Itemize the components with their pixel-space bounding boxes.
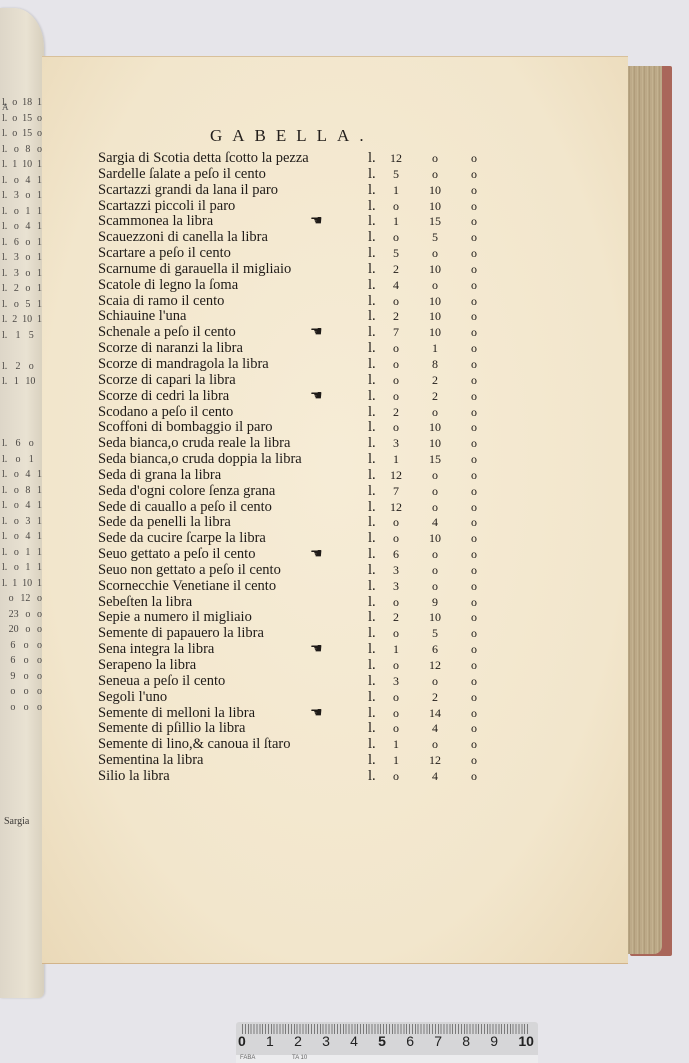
left-page-cell: o [29, 360, 34, 376]
value-denari: o [468, 468, 480, 484]
left-page-cell: o [25, 608, 30, 624]
left-page-row: l.2o1 [2, 282, 42, 298]
left-page-cell: o [14, 484, 19, 500]
tariff-entry: Serapeno la libral.o12o [98, 658, 498, 674]
manicule-icon: ☚ [310, 547, 323, 563]
tariff-entry: Scaia di ramo il centol.o10o [98, 294, 498, 310]
left-page-cell: o [10, 685, 15, 701]
value-lire: 6 [386, 547, 406, 563]
lira-sign: l. [368, 658, 376, 674]
entry-name: Schiauine l'una [98, 309, 186, 325]
left-page-cell: l. [2, 96, 7, 112]
tariff-entry: Seda d'ogni colore ſenza granal.7oo [98, 484, 498, 500]
tariff-entry: Semente di pſillio la libral.o4o [98, 721, 498, 737]
tariff-entry: Scartazzi grandi da lana il parol.110o [98, 183, 498, 199]
value-soldi: o [424, 405, 446, 421]
lira-sign: l. [368, 151, 376, 167]
lira-sign: l. [368, 563, 376, 579]
tariff-entry: Scorze di naranzi la libral.o1o [98, 341, 498, 357]
left-page-row: l.o31 [2, 515, 42, 531]
left-page-cell: o [12, 96, 17, 112]
entry-name: Scorze di mandragola la libra [98, 357, 269, 373]
left-page-cell: l. [2, 530, 7, 546]
left-page-cell: o [14, 499, 19, 515]
right-page: GABELLA. Sargia di Scotia detta ſcotto l… [42, 56, 628, 964]
lira-sign: l. [368, 373, 376, 389]
lira-sign: l. [368, 721, 376, 737]
left-page-cell: l. [2, 282, 7, 298]
left-page-cell: l. [2, 499, 7, 515]
lira-sign: l. [368, 484, 376, 500]
tariff-entry: Sede da penelli la libral.o4o [98, 515, 498, 531]
left-page-cell: l. [2, 267, 7, 283]
tariff-entry: Scatole di legno la ſomal.4oo [98, 278, 498, 294]
manicule-icon: ☚ [310, 706, 323, 722]
value-soldi: o [424, 278, 446, 294]
value-soldi: 9 [424, 595, 446, 611]
entry-name: Sede da cucire ſcarpe la libra [98, 531, 266, 547]
left-page-cell: o [14, 298, 19, 314]
ruler-number: 1 [266, 1033, 274, 1049]
left-page-cell: l. [2, 251, 7, 267]
tariff-entry: Scartazzi piccoli il parol.o10o [98, 199, 498, 215]
entry-name: Scorze di cedri la libra [98, 389, 229, 405]
tariff-entry: Scodano a peſo il centol.2oo [98, 405, 498, 421]
value-lire: 4 [386, 278, 406, 294]
left-page-cell: o [29, 437, 34, 453]
value-denari: o [468, 769, 480, 785]
left-page-cell: l. [2, 329, 7, 345]
left-page-cell: l. [2, 484, 7, 500]
left-page-cell: o [24, 639, 29, 655]
value-soldi: 6 [424, 642, 446, 658]
value-denari: o [468, 262, 480, 278]
left-page-cell: o [24, 670, 29, 686]
lira-sign: l. [368, 769, 376, 785]
left-page-cell: l. [2, 236, 7, 252]
value-lire: 1 [386, 642, 406, 658]
left-page-cell: l. [2, 189, 7, 205]
left-page-cell: 1 [29, 453, 34, 469]
value-soldi: o [424, 246, 446, 262]
entry-name: Sargia di Scotia detta ſcotto la pezza [98, 151, 309, 167]
left-page-cell: 4 [25, 499, 30, 515]
left-page-row: l.o1 [2, 453, 42, 469]
value-soldi: 8 [424, 357, 446, 373]
left-page-row: l.o51 [2, 298, 42, 314]
entry-name: Sardelle ſalate a peſo il cento [98, 167, 266, 183]
tariff-entry: Sardelle ſalate a peſo il centol.5oo [98, 167, 498, 183]
left-page-cell: o [14, 468, 19, 484]
left-page-row [2, 406, 42, 422]
value-soldi: 4 [424, 721, 446, 737]
value-lire: o [386, 706, 406, 722]
value-denari: o [468, 199, 480, 215]
left-page-cell: o [25, 623, 30, 639]
value-lire: o [386, 531, 406, 547]
tariff-entry: Sede da cucire ſcarpe la libral.o10o [98, 531, 498, 547]
left-page-cell: 2 [14, 282, 19, 298]
left-page-cell: l. [2, 375, 7, 391]
lira-sign: l. [368, 515, 376, 531]
value-denari: o [468, 531, 480, 547]
value-lire: o [386, 769, 406, 785]
left-page-cell: 5 [25, 298, 30, 314]
tariff-entry: Sena integra la libra☚l.16o [98, 642, 498, 658]
lira-sign: l. [368, 214, 376, 230]
left-page-row: l.3o1 [2, 267, 42, 283]
ruler-code: TA 10 [292, 1055, 307, 1061]
left-page-cell: 6 [14, 236, 19, 252]
left-page-cell: o [10, 701, 15, 717]
page-heading: GABELLA. [210, 126, 374, 146]
entry-name: Sebeſten la libra [98, 595, 192, 611]
value-denari: o [468, 484, 480, 500]
value-denari: o [468, 674, 480, 690]
value-soldi: 2 [424, 373, 446, 389]
value-denari: o [468, 420, 480, 436]
value-soldi: o [424, 151, 446, 167]
entry-name: Scartazzi piccoli il paro [98, 199, 235, 215]
value-soldi: o [424, 674, 446, 690]
left-page-cell: o [14, 546, 19, 562]
value-denari: o [468, 325, 480, 341]
left-page-row: 20oo [2, 623, 42, 639]
lira-sign: l. [368, 436, 376, 452]
value-lire: o [386, 230, 406, 246]
left-page-cell: o [9, 592, 14, 608]
left-page-cell: o [14, 530, 19, 546]
left-page-row: l.1101 [2, 158, 42, 174]
lira-sign: l. [368, 452, 376, 468]
tariff-entry: Scorze di mandragola la libral.o8o [98, 357, 498, 373]
lira-sign: l. [368, 674, 376, 690]
ruler-number: 2 [294, 1033, 302, 1049]
value-soldi: o [424, 468, 446, 484]
value-denari: o [468, 452, 480, 468]
left-page-row: l.o181 [2, 96, 42, 112]
value-soldi: 5 [424, 626, 446, 642]
entry-name: Sede di cauallo a peſo il cento [98, 500, 272, 516]
value-lire: 1 [386, 183, 406, 199]
value-denari: o [468, 579, 480, 595]
lira-sign: l. [368, 199, 376, 215]
value-lire: 1 [386, 737, 406, 753]
left-page-cell: 1 [25, 561, 30, 577]
value-denari: o [468, 230, 480, 246]
value-denari: o [468, 436, 480, 452]
left-page-cell: l. [2, 453, 7, 469]
left-page-cell: l. [2, 112, 7, 128]
value-denari: o [468, 214, 480, 230]
lira-sign: l. [368, 626, 376, 642]
value-soldi: 10 [424, 531, 446, 547]
left-page-cell: o [25, 251, 30, 267]
ruler-number: 5 [378, 1033, 386, 1049]
lira-sign: l. [368, 531, 376, 547]
left-page-cell: o [16, 453, 21, 469]
left-page-row: 9oo [2, 670, 42, 686]
value-lire: 1 [386, 214, 406, 230]
ruler-number: 0 [238, 1033, 246, 1049]
lira-sign: l. [368, 262, 376, 278]
tariff-entry: Schiauine l'unal.210o [98, 309, 498, 325]
value-lire: 5 [386, 167, 406, 183]
left-page-row: l.o41 [2, 468, 42, 484]
entry-name: Semente di melloni la libra [98, 706, 255, 722]
left-page-cell: 10 [22, 158, 32, 174]
value-soldi: 15 [424, 452, 446, 468]
value-soldi: o [424, 484, 446, 500]
value-lire: 3 [386, 563, 406, 579]
tariff-entry: Scorze di cedri la libra☚l.o2o [98, 389, 498, 405]
entry-name: Semente di lino,& canoua il ſtaro [98, 737, 290, 753]
tariff-entry: Seuo non gettato a peſo il centol.3oo [98, 563, 498, 579]
left-page-row: l.o41 [2, 499, 42, 515]
entry-name: Seda bianca,o cruda doppia la libra [98, 452, 302, 468]
left-page-columns: l.o181l.o15ol.o15ol.o8ol.1101l.o41l.3o1l… [2, 96, 42, 716]
value-lire: 5 [386, 246, 406, 262]
tariff-entry: Seda bianca,o cruda reale la libral.310o [98, 436, 498, 452]
left-page-cell: o [24, 685, 29, 701]
left-page-cell: o [14, 220, 19, 236]
entry-name: Seda di grana la libra [98, 468, 221, 484]
value-denari: o [468, 278, 480, 294]
left-page-row: ooo [2, 701, 42, 717]
left-page-cell: 1 [16, 329, 21, 345]
entry-name: Segoli l'uno [98, 690, 167, 706]
entry-name: Semente di pſillio la libra [98, 721, 245, 737]
tariff-entry: Scammonea la libra☚l.115o [98, 214, 498, 230]
lira-sign: l. [368, 706, 376, 722]
value-soldi: 10 [424, 325, 446, 341]
value-denari: o [468, 309, 480, 325]
ruler-brand: FABA [240, 1055, 255, 1061]
left-page-cell: l. [2, 515, 7, 531]
left-page-cell: o [12, 127, 17, 143]
left-page-row [2, 422, 42, 438]
value-lire: 1 [386, 753, 406, 769]
value-soldi: 12 [424, 753, 446, 769]
lira-sign: l. [368, 753, 376, 769]
lira-sign: l. [368, 183, 376, 199]
lira-sign: l. [368, 595, 376, 611]
lira-sign: l. [368, 389, 376, 405]
entry-name: Scodano a peſo il cento [98, 405, 233, 421]
entry-name: Schenale a peſo il cento [98, 325, 236, 341]
left-page-cell: o [14, 174, 19, 190]
tariff-entry: Segoli l'unol.o2o [98, 690, 498, 706]
left-page-cell: 4 [25, 530, 30, 546]
left-page-cell: 10 [22, 313, 32, 329]
value-soldi: o [424, 579, 446, 595]
entry-name: Seuo non gettato a peſo il cento [98, 563, 281, 579]
left-page-cell: 2 [16, 360, 21, 376]
value-soldi: 10 [424, 420, 446, 436]
value-denari: o [468, 721, 480, 737]
value-lire: 12 [386, 500, 406, 516]
value-soldi: 5 [424, 230, 446, 246]
tariff-entry: Sargia di Scotia detta ſcotto la pezzal.… [98, 151, 498, 167]
value-denari: o [468, 389, 480, 405]
left-page-cell: 1 [25, 546, 30, 562]
left-page-cell: 6 [10, 639, 15, 655]
tariff-entry: Scoffoni di bombaggio il parol.o10o [98, 420, 498, 436]
left-page-row: l.o11 [2, 546, 42, 562]
left-page-row [2, 391, 42, 407]
value-soldi: 12 [424, 658, 446, 674]
value-denari: o [468, 294, 480, 310]
lira-sign: l. [368, 690, 376, 706]
value-soldi: 15 [424, 214, 446, 230]
left-page-cell: o [25, 282, 30, 298]
value-denari: o [468, 515, 480, 531]
left-page-row: l.o11 [2, 561, 42, 577]
left-page-row: l.o81 [2, 484, 42, 500]
lira-sign: l. [368, 500, 376, 516]
value-soldi: 4 [424, 769, 446, 785]
left-page-cell: 23 [9, 608, 19, 624]
value-lire: 3 [386, 674, 406, 690]
left-page-row: l.15 [2, 329, 42, 345]
value-soldi: 10 [424, 262, 446, 278]
value-lire: o [386, 690, 406, 706]
value-denari: o [468, 753, 480, 769]
entry-name: Semente di papauero la libra [98, 626, 264, 642]
left-page-row: l.o41 [2, 174, 42, 190]
value-lire: 2 [386, 610, 406, 626]
left-page-cell: o [25, 236, 30, 252]
left-page-row: l.o15o [2, 127, 42, 143]
manicule-icon: ☚ [310, 325, 323, 341]
tariff-entry: Seda bianca,o cruda doppia la libral.115… [98, 452, 498, 468]
value-soldi: 10 [424, 309, 446, 325]
entry-name: Sena integra la libra [98, 642, 214, 658]
left-page-cell: 8 [25, 484, 30, 500]
left-page-cell: 1 [25, 205, 30, 221]
ruler-number: 4 [350, 1033, 358, 1049]
entry-name: Scoffoni di bombaggio il paro [98, 420, 273, 436]
lira-sign: l. [368, 341, 376, 357]
left-page-cell: 10 [22, 577, 32, 593]
value-lire: o [386, 357, 406, 373]
left-page-cell: l. [2, 546, 7, 562]
value-soldi: 2 [424, 690, 446, 706]
tariff-entry: Scorze di capari la libral.o2o [98, 373, 498, 389]
value-lire: o [386, 658, 406, 674]
tariff-entry: Semente di melloni la libra☚l.o14o [98, 706, 498, 722]
entry-name: Sede da penelli la libra [98, 515, 231, 531]
left-page-cell: 10 [25, 375, 35, 391]
value-soldi: 2 [424, 389, 446, 405]
lira-sign: l. [368, 468, 376, 484]
tariff-entry: Semente di lino,& canoua il ſtarol.1oo [98, 737, 498, 753]
lira-sign: l. [368, 737, 376, 753]
value-lire: 7 [386, 325, 406, 341]
left-page-cell: l. [2, 298, 7, 314]
value-denari: o [468, 642, 480, 658]
tariff-entry: Seuo gettato a peſo il cento☚l.6oo [98, 547, 498, 563]
value-denari: o [468, 357, 480, 373]
value-soldi: 10 [424, 294, 446, 310]
lira-sign: l. [368, 547, 376, 563]
tariff-entry: Scornecchie Venetiane il centol.3oo [98, 579, 498, 595]
left-page-row: l.3o1 [2, 189, 42, 205]
facing-left-page: A l.o181l.o15ol.o15ol.o8ol.1101l.o41l.3o… [0, 8, 44, 998]
left-page-row: l.o11 [2, 205, 42, 221]
left-page-cell: 4 [25, 220, 30, 236]
left-page-row: l.1101 [2, 577, 42, 593]
entry-name: Scatole di legno la ſoma [98, 278, 238, 294]
lira-sign: l. [368, 357, 376, 373]
value-soldi: 14 [424, 706, 446, 722]
left-page-catchword: Sargia [4, 816, 29, 827]
tariff-entry: Seneua a peſo il centol.3oo [98, 674, 498, 690]
value-denari: o [468, 595, 480, 611]
value-lire: o [386, 341, 406, 357]
lira-sign: l. [368, 420, 376, 436]
value-denari: o [468, 737, 480, 753]
left-page-row: l.3o1 [2, 251, 42, 267]
left-page-cell: 4 [25, 468, 30, 484]
value-lire: o [386, 595, 406, 611]
value-soldi: 10 [424, 199, 446, 215]
left-page-row: l.o41 [2, 530, 42, 546]
value-soldi: o [424, 500, 446, 516]
left-page-row: 6oo [2, 639, 42, 655]
value-lire: o [386, 373, 406, 389]
tariff-list: Sargia di Scotia detta ſcotto la pezzal.… [98, 151, 498, 785]
value-soldi: 4 [424, 515, 446, 531]
left-page-cell: o [14, 515, 19, 531]
left-page-cell: 1 [14, 375, 19, 391]
value-denari: o [468, 246, 480, 262]
value-lire: 3 [386, 436, 406, 452]
value-denari: o [468, 706, 480, 722]
left-page-cell: 3 [14, 267, 19, 283]
left-page-row: o12o [2, 592, 42, 608]
lira-sign: l. [368, 642, 376, 658]
value-soldi: o [424, 547, 446, 563]
tariff-entry: Sepie a numero il migliaiol.210o [98, 610, 498, 626]
left-page-cell: l. [2, 577, 7, 593]
value-denari: o [468, 405, 480, 421]
value-lire: o [386, 199, 406, 215]
lira-sign: l. [368, 610, 376, 626]
left-page-cell: o [24, 654, 29, 670]
ruler-number: 10 [518, 1033, 534, 1049]
left-page-row: l.o8o [2, 143, 42, 159]
left-page-cell: 8 [25, 143, 30, 159]
lira-sign: l. [368, 230, 376, 246]
entry-name: Seda bianca,o cruda reale la libra [98, 436, 290, 452]
entry-name: Scaia di ramo il cento [98, 294, 224, 310]
value-denari: o [468, 500, 480, 516]
ruler-number: 6 [406, 1033, 414, 1049]
value-denari: o [468, 658, 480, 674]
page-fore-edge [626, 66, 662, 954]
left-page-cell: o [25, 189, 30, 205]
left-page-row: l.6o1 [2, 236, 42, 252]
lira-sign: l. [368, 325, 376, 341]
value-soldi: 10 [424, 436, 446, 452]
left-page-row: l.6o [2, 437, 42, 453]
entry-name: Scartare a peſo il cento [98, 246, 231, 262]
ruler-number: 9 [490, 1033, 498, 1049]
left-page-cell: o [14, 561, 19, 577]
entry-name: Scorze di naranzi la libra [98, 341, 243, 357]
value-lire: o [386, 389, 406, 405]
